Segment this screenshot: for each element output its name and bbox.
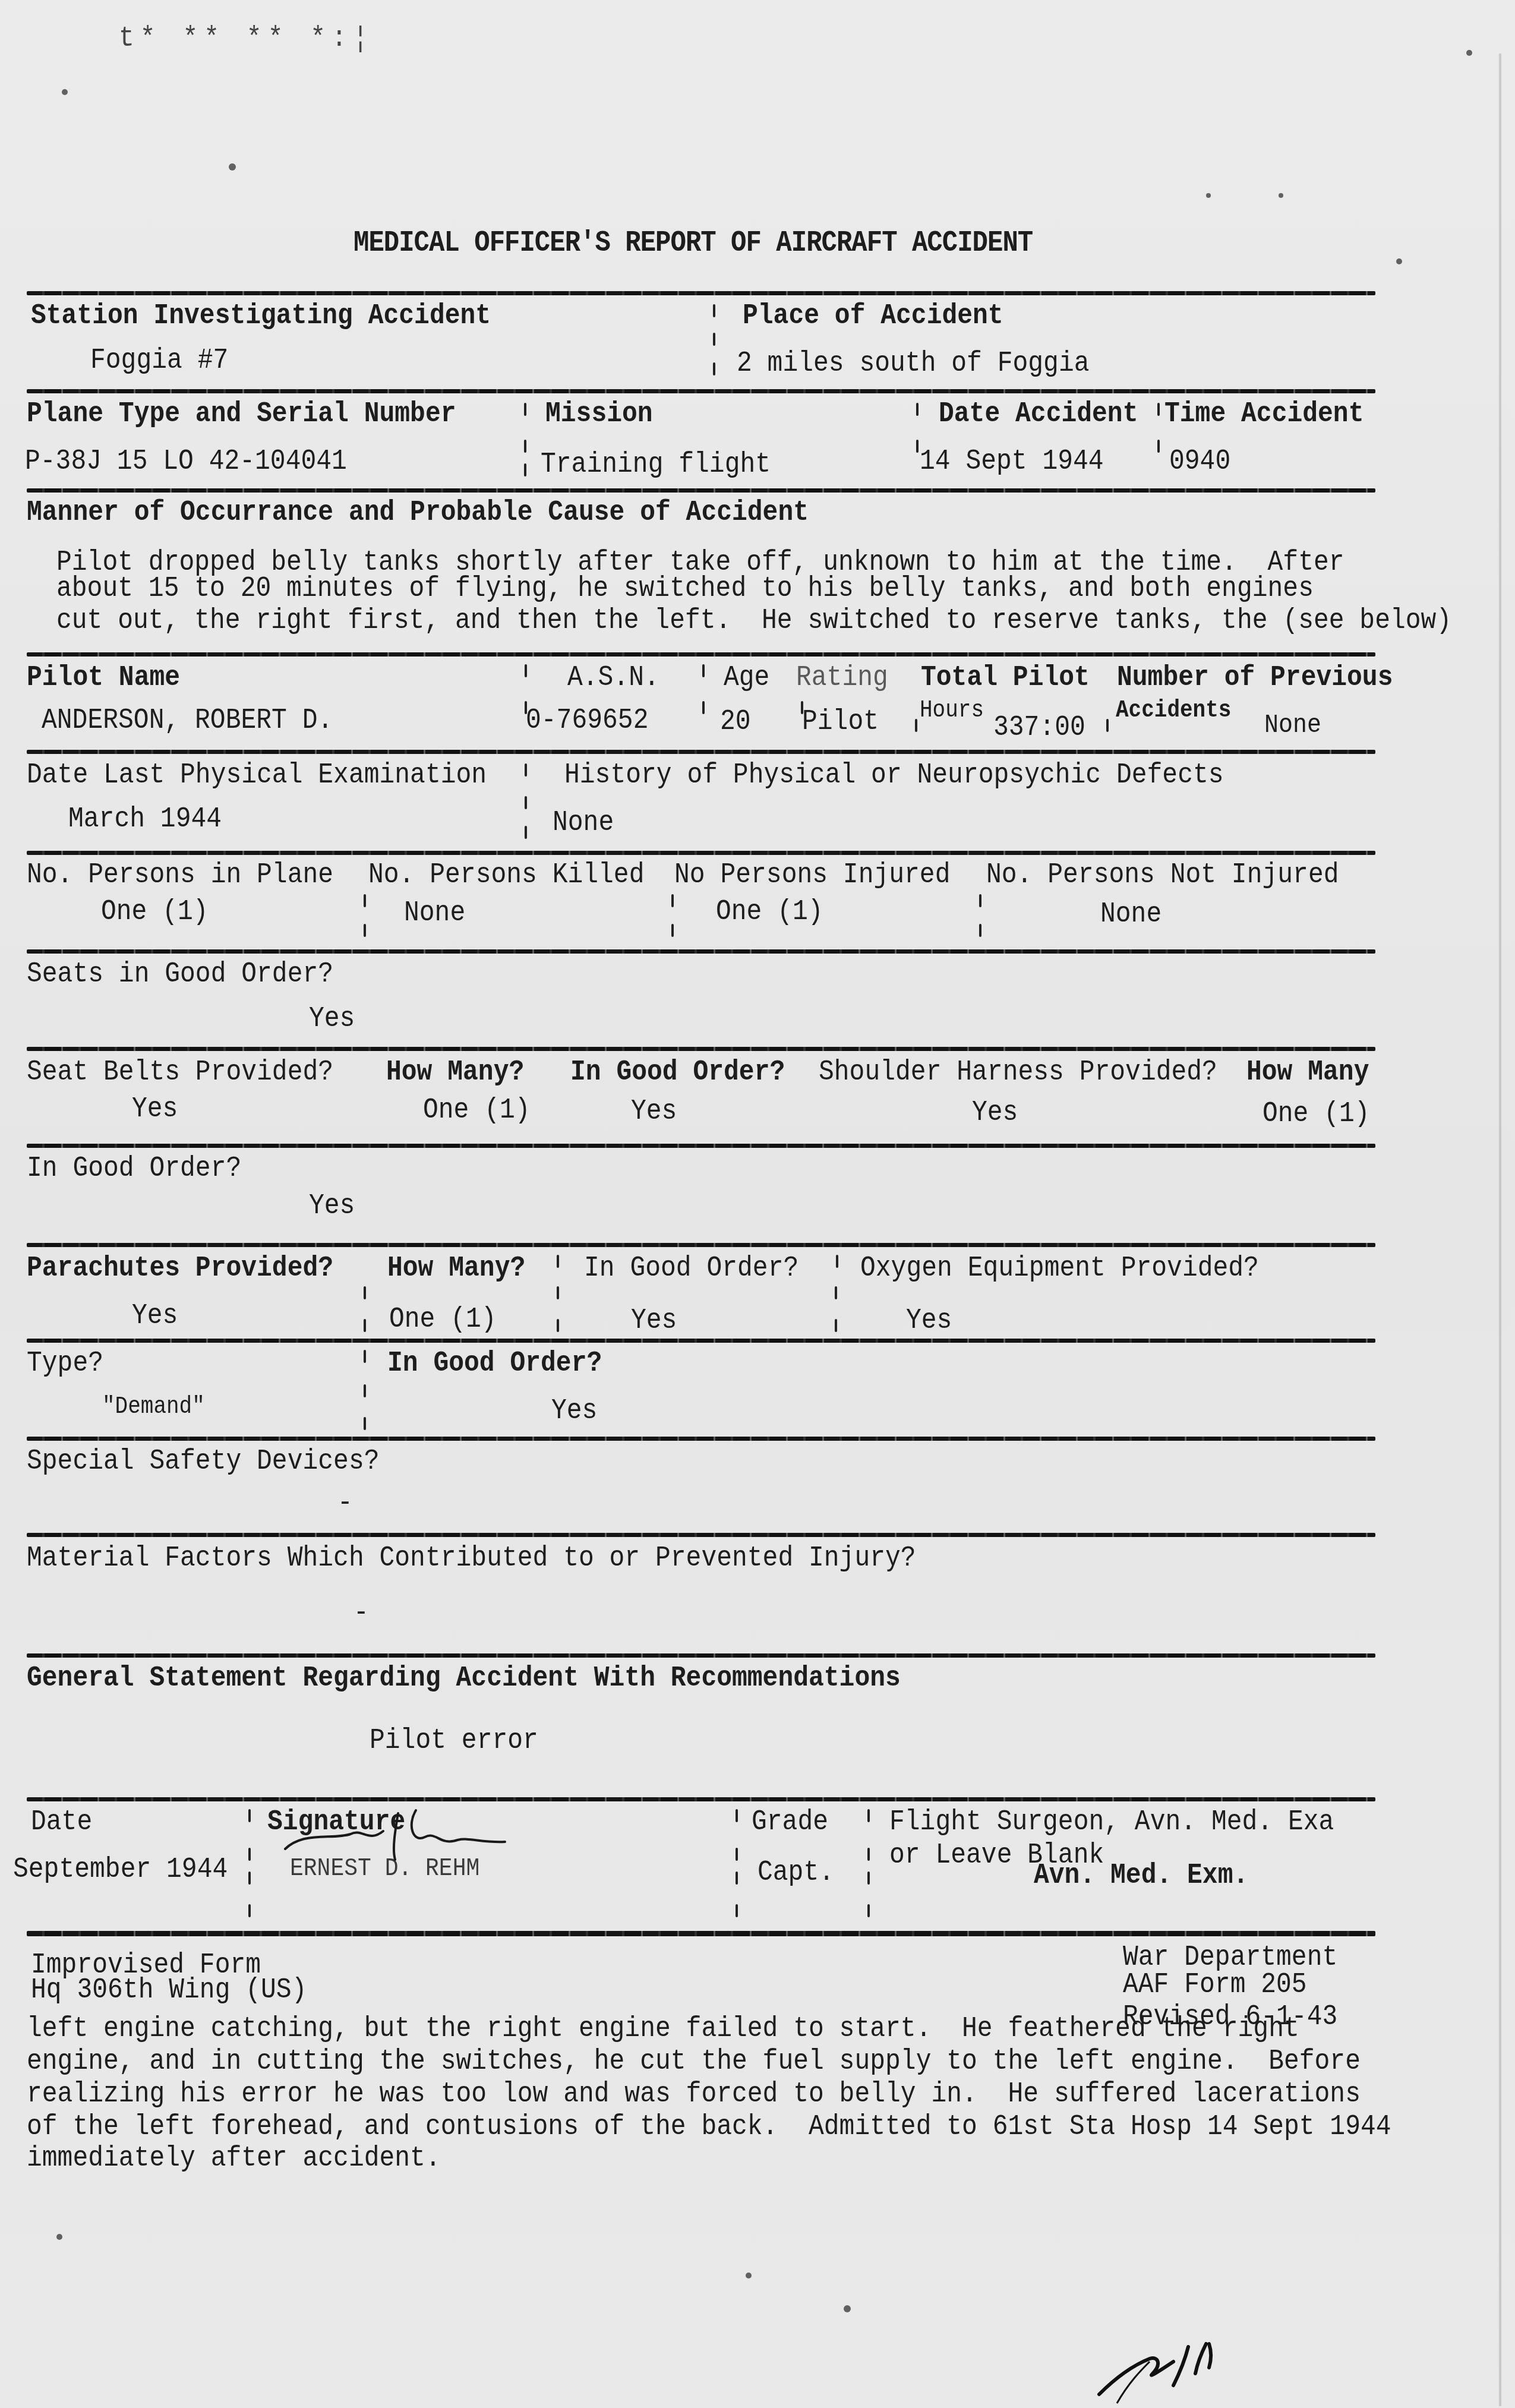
persons-killed-value: None (404, 898, 465, 927)
age-label: Age (724, 663, 769, 692)
column-divider (736, 1809, 738, 1822)
general-statement-label: General Statement Regarding Accident Wit… (27, 1664, 901, 1692)
page-title: MEDICAL OFFICER'S REPORT OF AIRCRAFT ACC… (353, 229, 1033, 258)
divider-rule (27, 652, 1375, 657)
column-divider (867, 1848, 870, 1861)
safety-devices-label: Special Safety Devices? (27, 1447, 380, 1475)
speck-mark (844, 2305, 851, 2312)
pilot-name-label: Pilot Name (27, 663, 180, 692)
prev-accidents-label: Number of Previous (1117, 663, 1393, 692)
column-divider (671, 924, 674, 937)
belts-good-order-label: In Good Order? (570, 1058, 785, 1086)
divider-rule (27, 1339, 1375, 1343)
continuation-line: left engine catching, but the right engi… (27, 2014, 1299, 2043)
column-divider (364, 924, 366, 937)
speck-mark (1396, 258, 1402, 264)
page-edge-shadow (1498, 53, 1502, 2406)
column-divider (248, 1848, 251, 1861)
seats-value: Yes (309, 1004, 355, 1033)
oxygen-good-order-label: In Good Order? (387, 1349, 602, 1377)
speck-mark (56, 2234, 62, 2240)
column-divider (557, 1319, 559, 1332)
divider-rule (27, 291, 1375, 295)
divider-rule (27, 1144, 1375, 1148)
sig-date-label: Date (31, 1807, 92, 1836)
footer-hq-wing: Hq 306th Wing (US) (31, 1975, 307, 2004)
column-divider (1157, 403, 1160, 416)
harness-label: Shoulder Harness Provided? (819, 1058, 1217, 1086)
column-divider (736, 1872, 738, 1885)
place-label: Place of Accident (743, 301, 1003, 330)
column-divider (736, 1904, 738, 1917)
column-divider (867, 1809, 870, 1822)
footer-war-department: War Department (1123, 1943, 1337, 1971)
footer-aaf-form: AAF Form 205 (1123, 1970, 1307, 1999)
material-factors-label: Material Factors Which Contributed to or… (27, 1544, 916, 1572)
general-statement-value: Pilot error (370, 1726, 538, 1754)
date-accident-label: Date Accident (939, 399, 1138, 428)
total-pilot-value: 337:00 (993, 713, 1085, 741)
speck-mark (62, 89, 68, 95)
seats-label: Seats in Good Order? (27, 960, 333, 988)
column-divider (867, 1872, 870, 1885)
column-divider (835, 1319, 837, 1332)
age-value: 20 (720, 707, 751, 736)
mission-value: Training flight (541, 450, 771, 478)
mission-label: Mission (545, 399, 653, 428)
chutes-good-order-label: In Good Order? (584, 1254, 798, 1282)
chutes-how-many-label: How Many? (387, 1254, 525, 1282)
seat-belts-label: Seat Belts Provided? (27, 1058, 333, 1086)
column-divider (525, 763, 527, 777)
divider-rule (27, 1653, 1375, 1658)
rating-value: Pilot (802, 707, 879, 736)
continuation-line: immediately after accident. (27, 2144, 441, 2172)
rating-label: Rating (796, 663, 888, 692)
column-divider (248, 1872, 251, 1885)
speck-mark (1206, 193, 1211, 198)
column-divider (525, 796, 527, 809)
column-divider (364, 894, 366, 907)
divider-rule (27, 1437, 1375, 1441)
time-accident-value: 0940 (1169, 447, 1230, 475)
continuation-line: of the left forehead, and contusions of … (27, 2112, 1391, 2141)
harness-good-order-label: In Good Order? (27, 1154, 241, 1182)
continuation-line: engine, and in cutting the switches, he … (27, 2047, 1361, 2075)
signature-name: ERNEST D. REHM (290, 1857, 479, 1882)
oxygen-label: Oxygen Equipment Provided? (860, 1254, 1259, 1282)
prev-accidents-sub-label: Accidents (1116, 699, 1231, 722)
parachutes-value: Yes (132, 1301, 178, 1330)
column-divider (916, 403, 919, 416)
column-divider (248, 1904, 251, 1917)
sig-date-value: September 1944 (13, 1855, 228, 1883)
persons-not-injured-label: No. Persons Not Injured (986, 860, 1339, 889)
column-divider (867, 1904, 870, 1917)
asn-label: A.S.N. (567, 663, 659, 692)
continuation-line: realizing his error he was too low and w… (27, 2079, 1361, 2108)
type-value: "Demand" (102, 1395, 205, 1419)
column-divider (1157, 440, 1160, 453)
plane-value: P-38J 15 LO 42-104041 (25, 447, 347, 475)
harness-how-many-label: How Many (1246, 1058, 1369, 1086)
belts-how-many-label: How Many? (386, 1058, 524, 1086)
asn-value: 0-769652 (526, 706, 648, 734)
parachutes-label: Parachutes Provided? (27, 1254, 333, 1282)
pilot-name-value: ANDERSON, ROBERT D. (42, 706, 333, 734)
total-pilot-label: Total Pilot (921, 663, 1090, 692)
divider-rule (27, 389, 1375, 393)
oxygen-good-order-value: Yes (551, 1396, 597, 1425)
seat-belts-value: Yes (132, 1094, 178, 1123)
column-divider (915, 719, 917, 732)
flight-surgeon-label-1: Flight Surgeon, Avn. Med. Exa (889, 1807, 1334, 1836)
station-value: Foggia #7 (90, 346, 228, 374)
column-divider (979, 924, 981, 937)
column-divider (524, 440, 526, 453)
chutes-how-many-value: One (1) (389, 1305, 497, 1333)
column-divider (702, 664, 705, 677)
manner-label: Manner of Occurrance and Probable Cause … (27, 498, 809, 526)
column-divider (836, 1255, 838, 1268)
column-divider (364, 1319, 366, 1332)
persons-in-plane-value: One (1) (101, 897, 209, 926)
column-divider (671, 894, 674, 907)
divider-rule (27, 949, 1375, 954)
document-page: t* ** ** *:¦ MEDICAL OFFICER'S REPORT OF… (0, 0, 1515, 2408)
column-divider (736, 1848, 738, 1861)
column-divider (364, 1350, 366, 1363)
column-divider (364, 1286, 366, 1299)
history-label: History of Physical or Neuropsychic Defe… (564, 760, 1224, 789)
column-divider (713, 362, 715, 375)
belts-good-order-value: Yes (631, 1097, 677, 1125)
history-value: None (553, 808, 614, 837)
divider-rule (27, 1047, 1375, 1051)
column-divider (524, 463, 526, 476)
date-accident-value: 14 Sept 1944 (920, 447, 1104, 475)
chutes-good-order-value: Yes (631, 1306, 677, 1334)
oxygen-value: Yes (906, 1306, 952, 1334)
column-divider (525, 664, 527, 677)
column-divider (1106, 719, 1109, 732)
column-divider (248, 1809, 251, 1822)
flight-surgeon-value: Avn. Med. Exm. (1034, 1861, 1248, 1889)
persons-injured-label: No Persons Injured (674, 860, 950, 889)
divider-rule (27, 1533, 1375, 1537)
column-divider (835, 1286, 837, 1299)
type-label: Type? (27, 1349, 103, 1377)
time-accident-label: Time Accident (1164, 399, 1363, 428)
speck-mark (229, 163, 236, 171)
harness-how-many-value: One (1) (1262, 1099, 1370, 1128)
manner-line: cut out, the right first, and then the l… (56, 606, 1451, 635)
total-pilot-sub-label: Hours (920, 699, 984, 722)
column-divider (713, 333, 715, 346)
column-divider (524, 403, 526, 416)
place-value: 2 miles south of Foggia (737, 349, 1090, 377)
persons-injured-value: One (1) (716, 897, 823, 926)
last-physical-value: March 1944 (68, 804, 222, 833)
divider-rule (27, 1243, 1375, 1247)
divider-rule (27, 1797, 1375, 1801)
harness-good-order-value: Yes (309, 1191, 355, 1220)
handwritten-initials (1093, 2341, 1283, 2406)
column-divider (364, 1384, 366, 1397)
harness-value: Yes (972, 1098, 1018, 1126)
persons-not-injured-value: None (1100, 900, 1161, 928)
persons-in-plane-label: No. Persons in Plane (27, 860, 333, 889)
station-label: Station Investigating Accident (31, 301, 491, 330)
column-divider (557, 1286, 559, 1299)
divider-rule (27, 750, 1375, 754)
divider-rule (27, 851, 1375, 855)
column-divider (525, 826, 527, 839)
column-divider (916, 440, 919, 453)
material-factors-value: - (353, 1598, 369, 1627)
speck-mark (746, 2273, 752, 2278)
speck-mark (1279, 193, 1283, 198)
handwritten-signature (279, 1807, 588, 1861)
persons-killed-label: No. Persons Killed (368, 860, 644, 889)
speck-mark (1466, 50, 1472, 56)
grade-label: Grade (752, 1807, 828, 1836)
safety-devices-value: - (337, 1488, 353, 1517)
column-divider (702, 701, 705, 714)
manner-line: about 15 to 20 minutes of flying, he swi… (56, 574, 1314, 602)
column-divider (979, 894, 981, 907)
divider-rule (27, 488, 1375, 493)
top-margin-marks: t* ** ** *:¦ (119, 24, 374, 52)
column-divider (713, 304, 715, 317)
grade-value: Capt. (757, 1858, 834, 1886)
last-physical-label: Date Last Physical Examination (27, 760, 487, 789)
column-divider (557, 1255, 559, 1268)
prev-accidents-value: None (1264, 713, 1321, 740)
column-divider (364, 1417, 366, 1430)
plane-label: Plane Type and Serial Number (27, 399, 456, 428)
divider-rule (27, 1931, 1375, 1936)
belts-how-many-value: One (1) (423, 1096, 531, 1124)
